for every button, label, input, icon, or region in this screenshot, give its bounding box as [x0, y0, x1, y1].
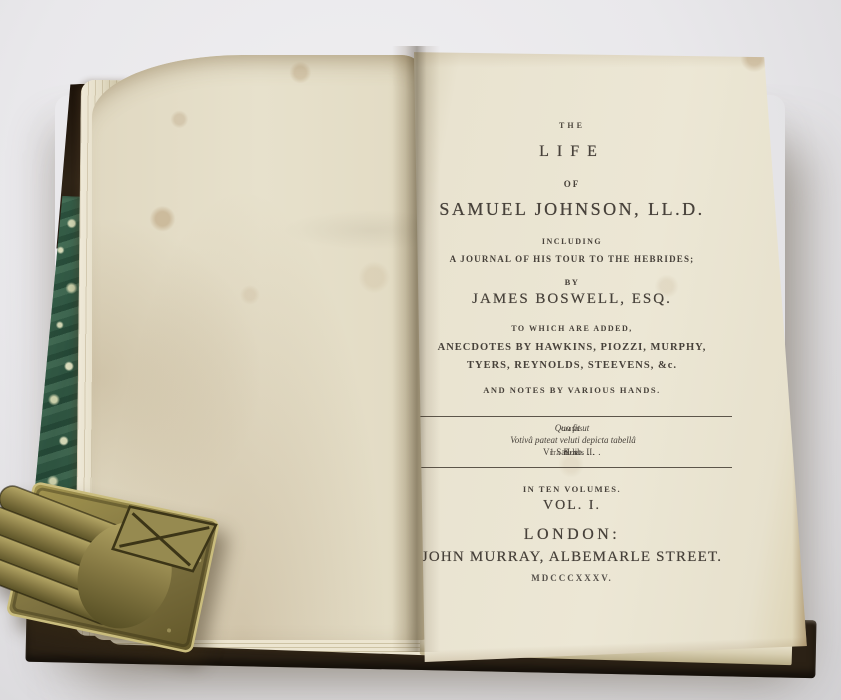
- author-name: JAMES BOSWELL, ESQ.: [412, 291, 732, 308]
- epigraph-omnis: omnis: [412, 423, 732, 433]
- subtitle-journal: A JOURNAL OF HIS TOUR TO THE HEBRIDES;: [412, 254, 732, 264]
- title-subject: SAMUEL JOHNSON, LL.D.: [412, 199, 732, 220]
- contributors-line-2: TYERS, REYNOLDS, STEEVENS, &c.: [412, 360, 732, 372]
- notes-line: AND NOTES BY VARIOUS HANDS.: [412, 386, 732, 396]
- epigraph-rule-bottom: [412, 467, 732, 468]
- title-word-of: OF: [412, 179, 732, 189]
- title-word-the: THE: [412, 121, 732, 130]
- brass-hand-clip: [0, 450, 232, 700]
- epigraph-line-2: Votivâ pateat veluti depicta tabellâ: [412, 435, 732, 445]
- title-word-life: LIFE: [412, 143, 732, 161]
- title-page: THE LIFE OF SAMUEL JOHNSON, LL.D. INCLUD…: [412, 46, 810, 662]
- byline-label: BY: [412, 278, 732, 288]
- imprint-year: MDCCCXXXV.: [412, 573, 732, 583]
- contributors-line-1: ANECDOTES BY HAWKINS, PIOZZI, MURPHY,: [412, 342, 732, 354]
- epigraph-source-ref: 1 Sat. lib. II.: [412, 447, 732, 457]
- including-label: INCLUDING: [412, 237, 732, 246]
- imprint-city: LONDON:: [412, 526, 732, 544]
- added-label: TO WHICH ARE ADDED,: [412, 324, 732, 333]
- book-photograph: THE LIFE OF SAMUEL JOHNSON, LL.D. INCLUD…: [0, 0, 841, 700]
- epigraph-rule-top: [412, 416, 732, 417]
- imprint-publisher: JOHN MURRAY, ALBEMARLE STREET.: [412, 549, 732, 566]
- epigraph: . . . . Quo fit ut omnis Votivâ pateat v…: [412, 423, 732, 463]
- volume-number: VOL. I.: [412, 498, 732, 514]
- title-page-text: THE LIFE OF SAMUEL JOHNSON, LL.D. INCLUD…: [412, 46, 732, 662]
- volumes-statement: IN TEN VOLUMES.: [412, 485, 732, 495]
